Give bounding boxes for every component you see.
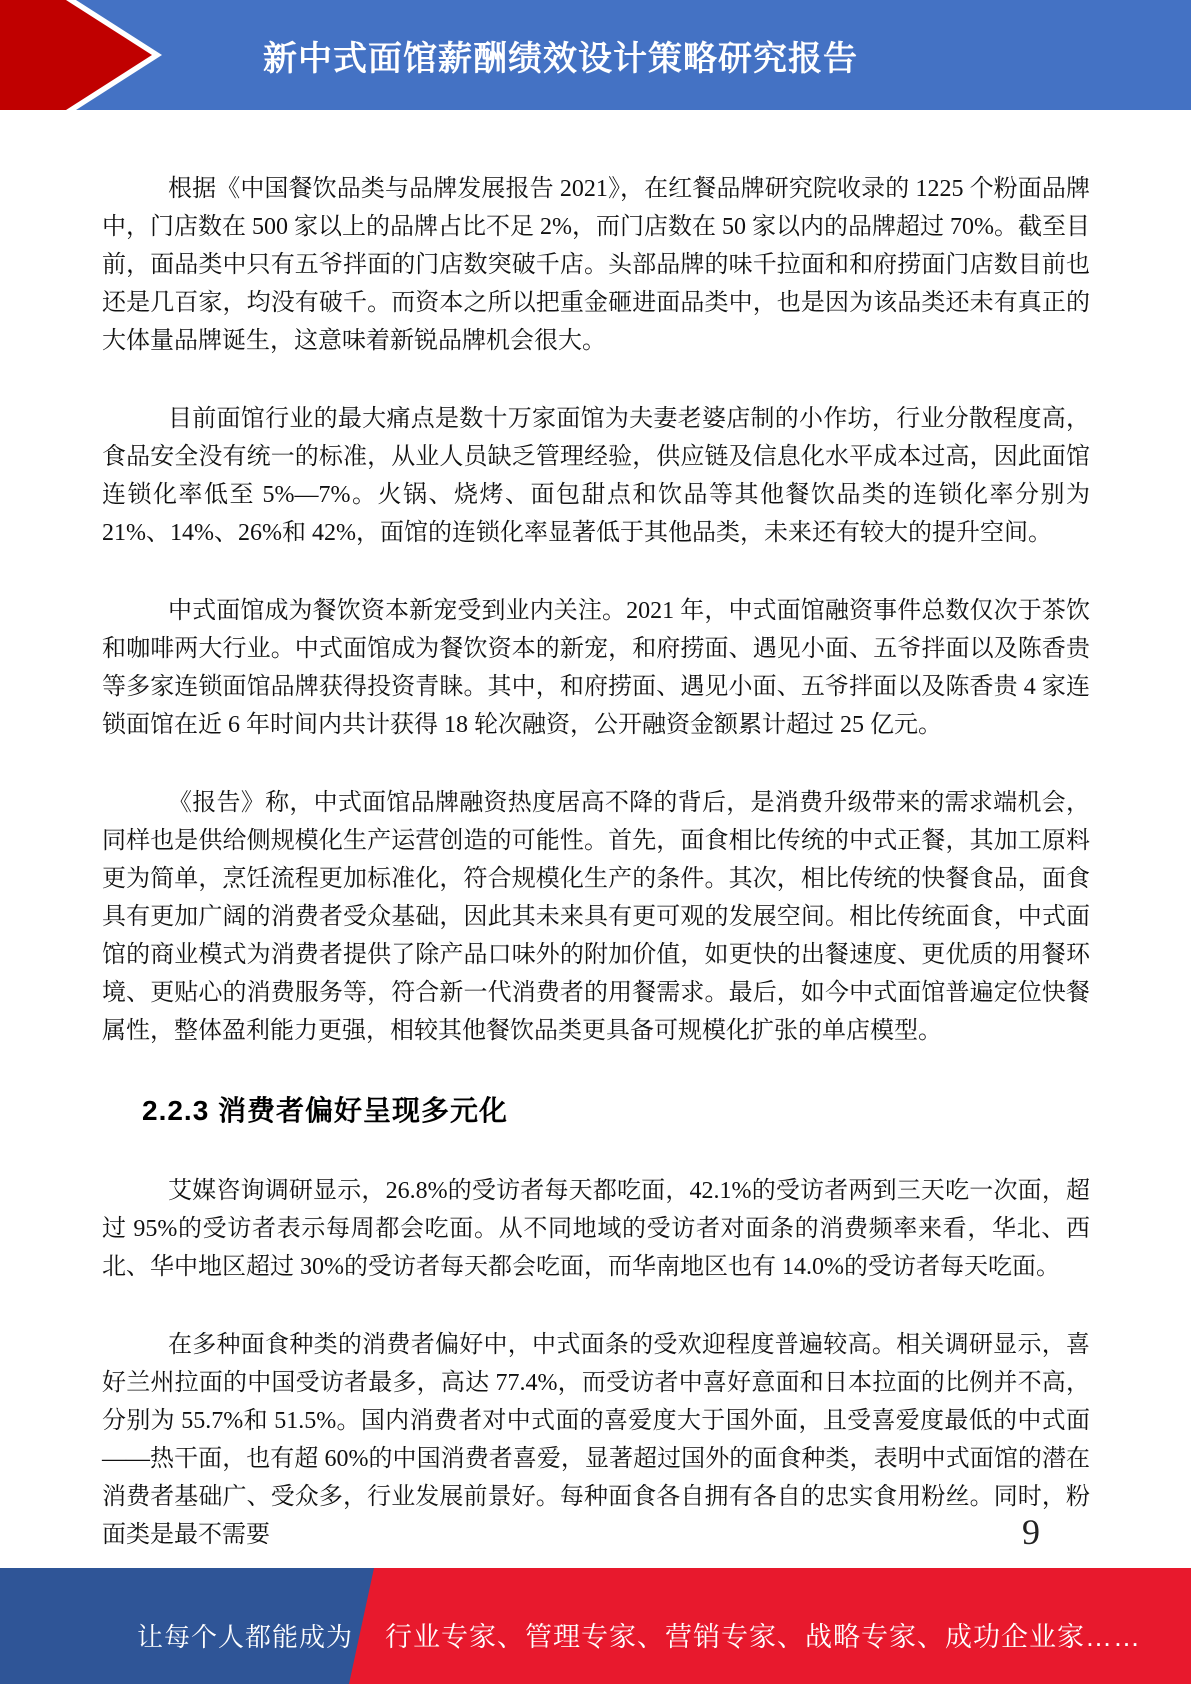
section-heading: 2.2.3 消费者偏好呈现多元化 — [142, 1090, 1090, 1132]
footer-band: 让每个人都能成为 行业专家、管理专家、营销专家、战略专家、成功企业家…… — [0, 1568, 1191, 1684]
paragraph: 在多种面食种类的消费者偏好中，中式面条的受欢迎程度普遍较高。相关调研显示，喜好兰… — [102, 1326, 1090, 1554]
document-body: 根据《中国餐饮品类与品牌发展报告 2021》，在红餐品牌研究院收录的 1225 … — [102, 170, 1090, 1594]
paragraph: 艾媒咨询调研显示，26.8%的受访者每天都吃面，42.1%的受访者两到三天吃一次… — [102, 1172, 1090, 1286]
page-title: 新中式面馆薪酬绩效设计策略研究报告 — [263, 31, 928, 80]
report-page: 新中式面馆薪酬绩效设计策略研究报告 根据《中国餐饮品类与品牌发展报告 2021》… — [0, 0, 1191, 1684]
paragraph: 根据《中国餐饮品类与品牌发展报告 2021》，在红餐品牌研究院收录的 1225 … — [102, 170, 1090, 360]
header-band: 新中式面馆薪酬绩效设计策略研究报告 — [0, 0, 1191, 110]
paragraph: 《报告》称，中式面馆品牌融资热度居高不降的背后，是消费升级带来的需求端机会，同样… — [102, 784, 1090, 1050]
paragraph: 中式面馆成为餐饮资本新宠受到业内关注。2021 年，中式面馆融资事件总数仅次于茶… — [102, 592, 1090, 744]
paragraph: 目前面馆行业的最大痛点是数十万家面馆为夫妻老婆店制的小作坊，行业分散程度高，食品… — [102, 400, 1090, 552]
footer-slogan-right: 行业专家、管理专家、营销专家、战略专家、成功企业家…… — [385, 1615, 1141, 1654]
footer-slogan-left: 让每个人都能成为 — [137, 1617, 353, 1654]
page-number: 9 — [1022, 1512, 1040, 1552]
red-arrow-icon — [0, 0, 170, 110]
